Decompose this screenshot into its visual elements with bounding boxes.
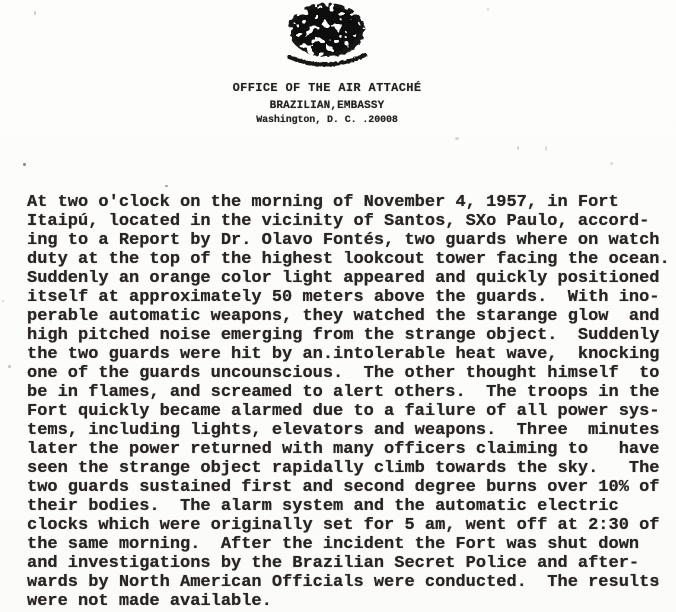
letterhead-address-line: Washington, D. C. .20008 (0, 115, 654, 126)
scan-speck (165, 185, 168, 187)
scan-speck (455, 137, 459, 140)
scan-speck (23, 163, 26, 166)
scan-speck (545, 146, 547, 151)
scan-speck (487, 8, 489, 11)
scan-speck (610, 162, 613, 165)
scan-speck (517, 146, 519, 150)
letter-body-text: At two o'clock on the morning of Novembe… (27, 193, 670, 611)
scan-speck (34, 11, 36, 15)
letterhead-embassy-line: BRAZILIAN,EMBASSY (0, 100, 654, 112)
brazilian-coat-of-arms-seal (286, 2, 370, 74)
letterhead-office-line: OFFICE OF THE AIR ATTACHÉ (0, 81, 654, 95)
scan-speck (8, 365, 11, 368)
document-page: OFFICE OF THE AIR ATTACHÉ BRAZILIAN,EMBA… (0, 0, 676, 612)
scan-speck (2, 300, 4, 302)
